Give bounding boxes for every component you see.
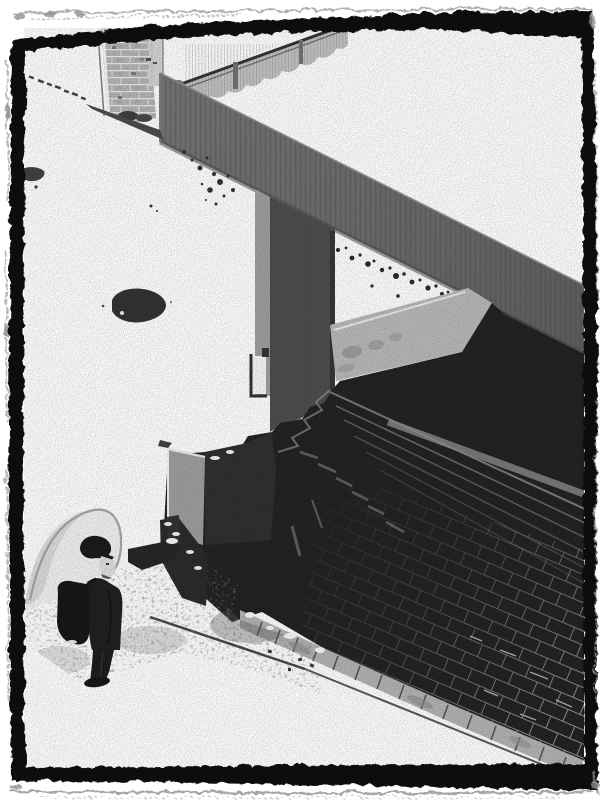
- photo-scene: [20, 23, 600, 781]
- film-grain: [24, 28, 582, 768]
- photo-canvas: Grainy high-contrast black-and-white pho…: [0, 0, 600, 800]
- photograph: black-and-white film photograph Grainy h…: [0, 0, 600, 800]
